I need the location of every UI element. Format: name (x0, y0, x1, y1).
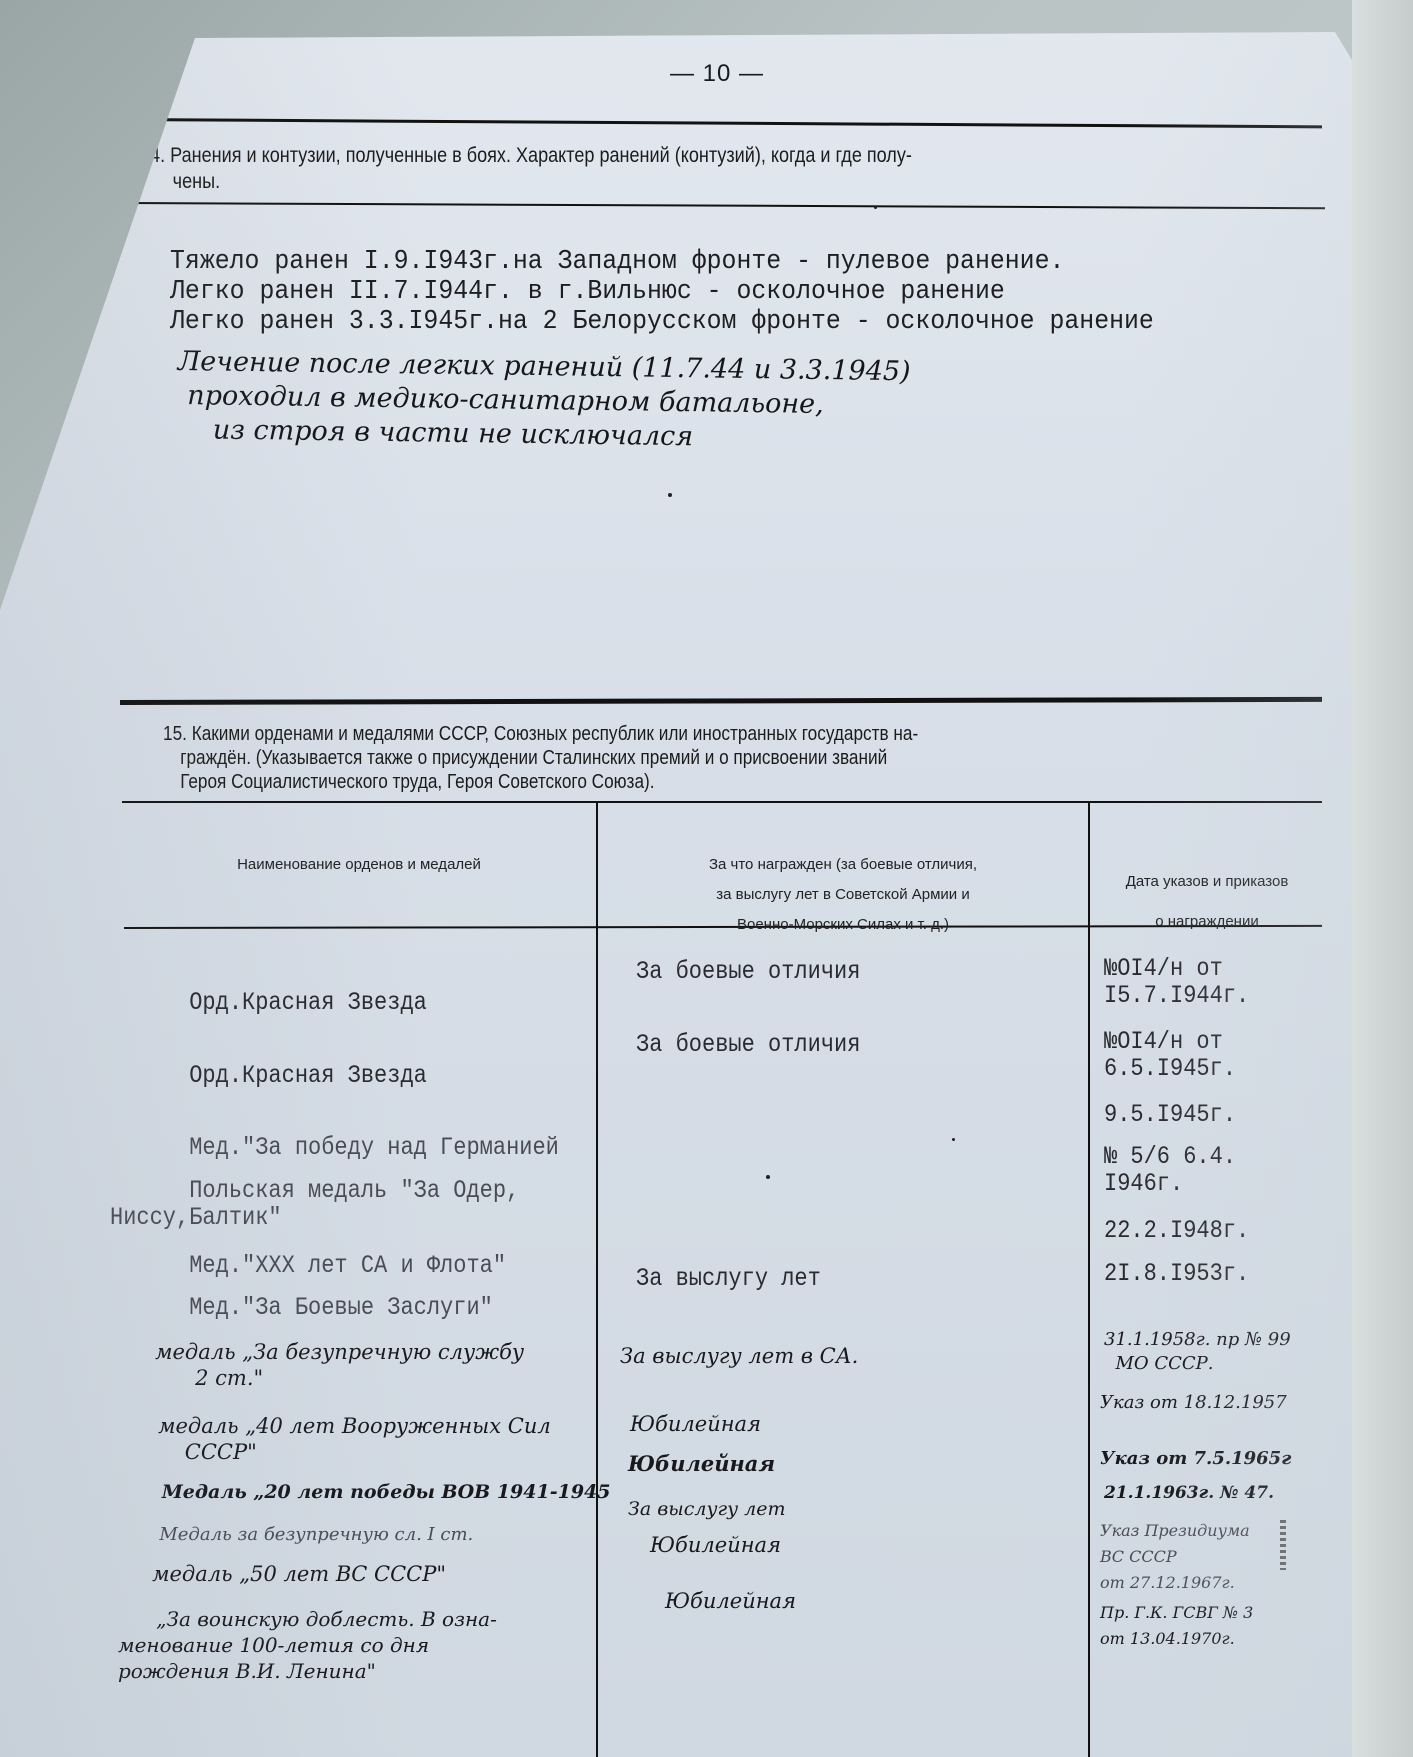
table-row: Орд.Красная Звезда (110, 962, 427, 1043)
table-header-rule (124, 925, 1322, 929)
award-name: „За воинскую доблесть. В озна- менование… (118, 1607, 497, 1683)
table-row: „За воинскую доблесть. В озна- менование… (118, 1580, 497, 1710)
section-15-title-line: Героя Социалистического труда, Героя Сов… (163, 770, 918, 794)
award-name: Орд.Красная Звезда (189, 1061, 427, 1090)
award-reason: Юбилейная (628, 1451, 775, 1477)
table-column-divider (596, 803, 598, 1757)
wound-line: Тяжело ранен I.9.I943г.на Западном фронт… (170, 247, 1154, 277)
award-name: Мед."За победу над Германией (189, 1133, 559, 1162)
table-row: медаль „За безупречную службу 2 ст." (115, 1313, 524, 1417)
ink-speck (874, 206, 877, 209)
table-column-divider (1088, 803, 1090, 1757)
award-name: Мед."За Боевые Заслуги" (189, 1293, 493, 1322)
section-15-title-line: граждён. (Указывается также о присуждени… (163, 746, 918, 770)
wounds-typed-list: Тяжело ранен I.9.I943г.на Западном фронт… (170, 247, 1154, 337)
award-date: 21.1.1963г. № 47. (1104, 1480, 1274, 1506)
award-date: №OI4/н от I5.7.I944г. (1104, 955, 1249, 1009)
table-row: Польская медаль "За Одер, Ниссу,Балтик" (110, 1150, 519, 1258)
rule-top (122, 118, 1322, 128)
stamp-mark (1280, 1520, 1286, 1570)
page-number: — 10 — (670, 60, 764, 88)
award-date: Указ от 18.12.1957 (1100, 1390, 1287, 1416)
table-row: медаль „40 лет Вооруженных Сил СССР" (118, 1387, 551, 1491)
award-reason: За боевые отличия (636, 1031, 860, 1058)
award-date: Пр. Г.К. ГСВГ № 3 от 13.04.1970г. (1100, 1600, 1253, 1652)
award-date: 22.2.I948г. (1104, 1217, 1249, 1244)
header-award-date: Дата указов и приказов о награждении (1092, 822, 1322, 942)
award-date: № 5/6 6.4. I946г. (1104, 1143, 1236, 1197)
award-date: Указ Президиума ВС СССР от 27.12.1967г. (1100, 1518, 1250, 1596)
document-page: — 10 — 14. Ранения и контузии, полученны… (0, 0, 1413, 1757)
section-14-title: 14. Ранения и контузии, полученные в боя… (140, 143, 912, 195)
award-reason: Юбилейная (650, 1532, 781, 1558)
background-surface (1352, 0, 1413, 1757)
award-reason: За выслугу лет (628, 1496, 786, 1522)
section-14-title-line: 14. Ранения и контузии, полученные в боя… (140, 143, 912, 169)
wound-line: Легко ранен II.7.I944г. в г.Вильнюс - ос… (170, 277, 1154, 307)
rule-section-14 (120, 202, 1325, 209)
award-reason: За выслугу лет (636, 1265, 821, 1292)
award-date: 2I.8.I953г. (1104, 1260, 1249, 1287)
table-top-rule (122, 801, 1322, 803)
table-row: Мед."XXX лет СА и Флота" (110, 1225, 506, 1306)
header-award-name: Наименование орденов и медалей (124, 850, 594, 880)
award-name: медаль „40 лет Вооруженных Сил СССР" (118, 1414, 551, 1464)
award-name: Мед."XXX лет СА и Флота" (189, 1251, 506, 1280)
ink-speck (766, 1175, 770, 1179)
handwritten-line: Лечение после легких ранений (11.7.44 и … (178, 345, 911, 389)
table-row: медаль „50 лет ВС СССР" (112, 1535, 446, 1613)
section-15-title: 15. Какими орденами и медалями СССР, Сою… (163, 722, 918, 794)
award-date: Указ от 7.5.1965г (1100, 1446, 1291, 1472)
rule-section-15 (120, 697, 1322, 705)
table-row: Медаль за безупречную сл. I ст. (125, 1496, 473, 1574)
award-name: Медаль „20 лет победы ВОВ 1941-1945 (162, 1481, 611, 1503)
award-date: 9.5.I945г. (1104, 1101, 1236, 1128)
wound-line: Легко ранен 3.3.I945г.на 2 Белорусском ф… (170, 307, 1154, 337)
section-14-title-line: чены. (140, 169, 912, 195)
handwritten-line: проходил в медико-санитарном батальоне, (177, 379, 910, 423)
table-row: Мед."За Боевые Заслуги" (110, 1267, 493, 1348)
award-reason: Юбилейная (630, 1411, 761, 1437)
header-award-reason: За что награжден (за боевые отличия, за … (600, 820, 1086, 940)
award-name: медаль „50 лет ВС СССР" (152, 1562, 446, 1586)
award-name: Польская медаль "За Одер, Ниссу,Балтик" (110, 1176, 519, 1232)
award-name: медаль „За безупречную службу 2 ст." (115, 1340, 524, 1390)
award-reason: Юбилейная (665, 1588, 796, 1614)
award-date: 31.1.1958г. пр № 99 МО СССР. (1104, 1328, 1291, 1376)
award-reason: За выслугу лет в СА. (620, 1343, 858, 1369)
ink-speck (668, 493, 672, 497)
table-row: Медаль „20 лет победы ВОВ 1941-1945 (122, 1453, 611, 1531)
award-name: Орд.Красная Звезда (189, 988, 427, 1017)
section-15-title-line: 15. Какими орденами и медалями СССР, Сою… (163, 722, 918, 746)
handwritten-treatment-note: Лечение после легких ранений (11.7.44 и … (177, 345, 911, 457)
ink-speck (952, 1138, 955, 1141)
award-name: Медаль за безупречную сл. I ст. (159, 1524, 473, 1545)
award-reason: За боевые отличия (636, 958, 860, 985)
award-date: №OI4/н от 6.5.I945г. (1104, 1028, 1236, 1082)
table-row: Мед."За победу над Германией (110, 1107, 559, 1188)
handwritten-line: из строя в части не исключался (177, 413, 910, 457)
table-row: Орд.Красная Звезда (110, 1035, 427, 1116)
